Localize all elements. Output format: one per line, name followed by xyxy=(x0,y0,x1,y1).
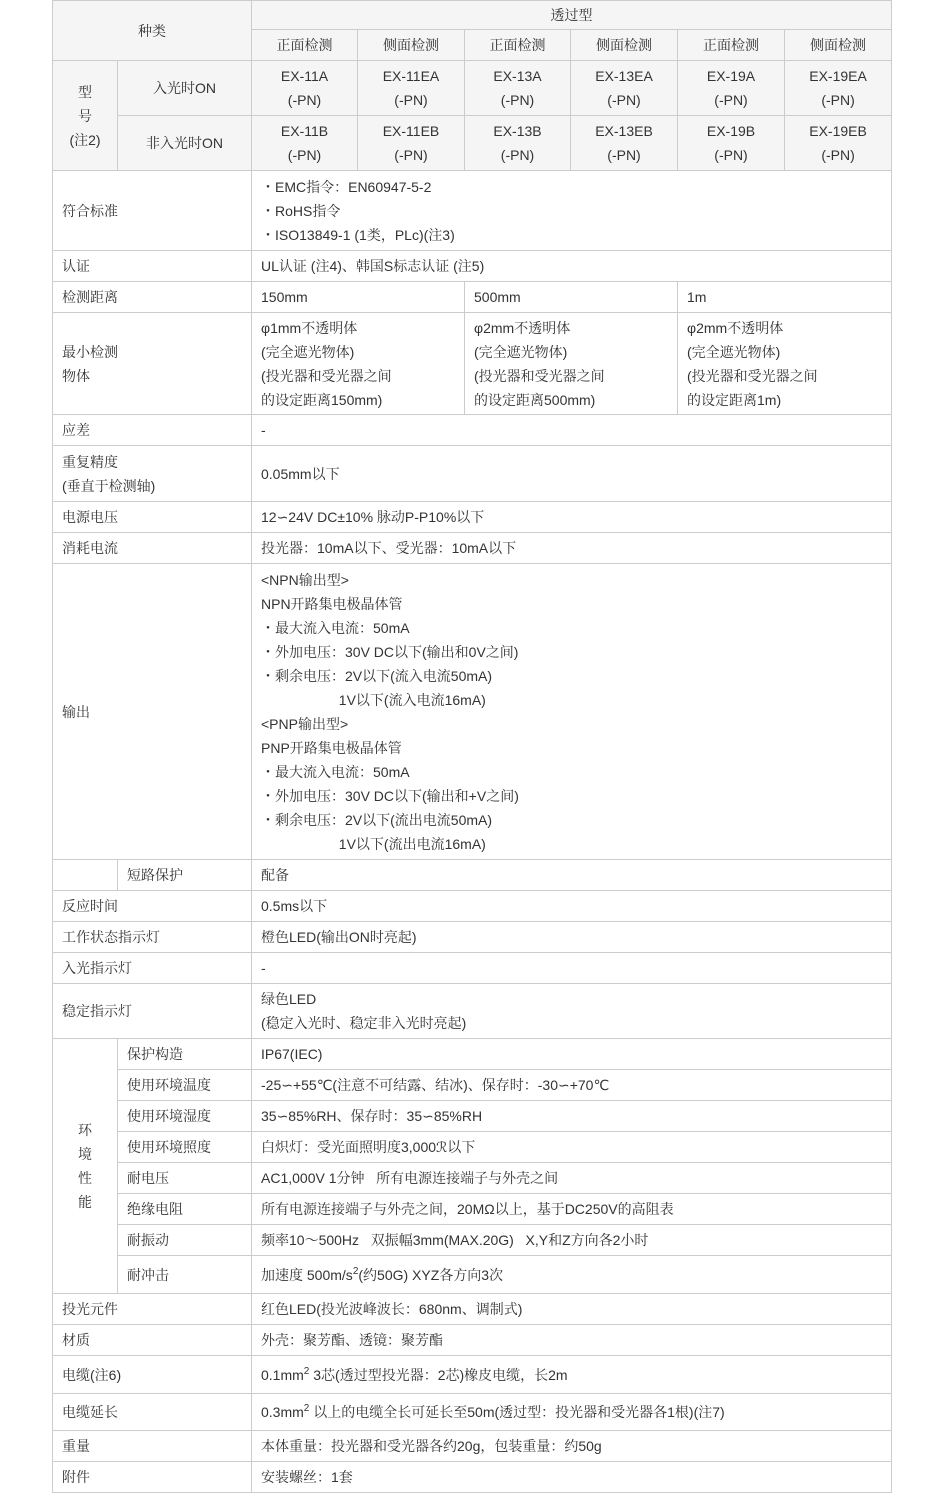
row-value: 0.05mm以下 xyxy=(252,446,892,502)
row-value: φ1mm不透明体 (完全遮光物体) (投光器和受光器之间 的设定距离150mm) xyxy=(252,313,465,415)
value-text: 3芯(透过型投光器：2芯)橡皮电缆，长2m xyxy=(309,1367,567,1383)
row-value: IP67(IEC) xyxy=(252,1039,892,1070)
row-value: 0.5ms以下 xyxy=(252,891,892,922)
detection-col: 侧面检测 xyxy=(358,30,465,61)
model-cell: EX-11B (-PN) xyxy=(252,116,358,171)
value-text: 以上的电缆全长可延长至50m(透过型：投光器和受光器各1根)(注7) xyxy=(309,1404,724,1420)
value-text: (约50G) XYZ各方向3次 xyxy=(358,1267,503,1283)
row-value: 橙色LED(输出ON时亮起) xyxy=(252,922,892,953)
row-label: 应差 xyxy=(53,415,252,446)
row-label: 认证 xyxy=(53,251,252,282)
detection-col: 正面检测 xyxy=(465,30,571,61)
row-value: 35∽85%RH、保存时：35∽85%RH xyxy=(252,1101,892,1132)
row-value: 白炽灯：受光面照明度3,000ℛ以下 xyxy=(252,1132,892,1163)
model-cell: EX-19EB (-PN) xyxy=(785,116,892,171)
row-value: ・EMC指令：EN60947-5-2 ・RoHS指令 ・ISO13849-1 (… xyxy=(252,171,892,251)
row-label: 保护构造 xyxy=(118,1039,252,1070)
row-label: 电源电压 xyxy=(53,502,252,533)
value-text: 加速度 500m/s xyxy=(261,1267,353,1283)
row-label: 短路保护 xyxy=(118,860,252,891)
row-value: φ2mm不透明体 (完全遮光物体) (投光器和受光器之间 的设定距离500mm) xyxy=(465,313,678,415)
blank-cell xyxy=(53,860,118,891)
row-label: 最小检测 物体 xyxy=(53,313,252,415)
model-cell: EX-11EA (-PN) xyxy=(358,61,465,116)
row-value: 所有电源连接端子与外壳之间，20MΩ以上，基于DC250V的高阻表 xyxy=(252,1194,892,1225)
row-label: 耐冲击 xyxy=(118,1256,252,1294)
model-label: 型 号 (注2) xyxy=(53,61,118,171)
group-header: 透过型 xyxy=(252,1,892,30)
row-value: 0.1mm2 3芯(透过型投光器：2芯)橡皮电缆，长2m xyxy=(252,1356,892,1394)
environment-label: 环 境 性 能 xyxy=(53,1039,118,1294)
row-label: 使用环境温度 xyxy=(118,1070,252,1101)
row-label: 反应时间 xyxy=(53,891,252,922)
row-value: 1m xyxy=(678,282,892,313)
row-value: 加速度 500m/s2(约50G) XYZ各方向3次 xyxy=(252,1256,892,1294)
row-value: 本体重量：投光器和受光器各约20g，包装重量：约50g xyxy=(252,1431,892,1462)
light-on-label: 入光时ON xyxy=(118,61,252,116)
type-header: 种类 xyxy=(53,1,252,61)
model-cell: EX-11EB (-PN) xyxy=(358,116,465,171)
row-value: 12∽24V DC±10% 脉动P-P10%以下 xyxy=(252,502,892,533)
row-value: 频率10～500Hz 双振幅3mm(MAX.20G) X,Y和Z方向各2小时 xyxy=(252,1225,892,1256)
row-value: 安装螺丝：1套 xyxy=(252,1462,892,1493)
row-label: 电缆延长 xyxy=(53,1394,252,1431)
row-value: 绿色LED (稳定入光时、稳定非入光时亮起) xyxy=(252,984,892,1039)
row-label: 材质 xyxy=(53,1325,252,1356)
value-text: 0.3mm xyxy=(261,1404,304,1420)
row-label: 使用环境湿度 xyxy=(118,1101,252,1132)
row-value: 配备 xyxy=(252,860,892,891)
row-label: 耐振动 xyxy=(118,1225,252,1256)
row-label: 输出 xyxy=(53,564,252,860)
row-label: 使用环境照度 xyxy=(118,1132,252,1163)
row-value: -25∽+55℃(注意不可结露、结冰)、保存时：-30∽+70℃ xyxy=(252,1070,892,1101)
row-value: 500mm xyxy=(465,282,678,313)
row-value: 外壳：聚芳酯、透镜：聚芳酯 xyxy=(252,1325,892,1356)
row-label: 重量 xyxy=(53,1431,252,1462)
row-value: 投光器：10mA以下、受光器：10mA以下 xyxy=(252,533,892,564)
spec-table: 种类 透过型 正面检测 侧面检测 正面检测 侧面检测 正面检测 侧面检测 型 号… xyxy=(52,0,892,1493)
row-value: <NPN输出型> NPN开路集电极晶体管 ・最大流入电流：50mA ・外加电压：… xyxy=(252,564,892,860)
row-label: 投光元件 xyxy=(53,1294,252,1325)
dark-on-label: 非入光时ON xyxy=(118,116,252,171)
row-value: 红色LED(投光波峰波长：680nm、调制式) xyxy=(252,1294,892,1325)
model-cell: EX-13B (-PN) xyxy=(465,116,571,171)
row-value: 0.3mm2 以上的电缆全长可延长至50m(透过型：投光器和受光器各1根)(注7… xyxy=(252,1394,892,1431)
row-value: - xyxy=(252,953,892,984)
row-value: UL认证 (注4)、韩国S标志认证 (注5) xyxy=(252,251,892,282)
row-value: AC1,000V 1分钟 所有电源连接端子与外壳之间 xyxy=(252,1163,892,1194)
row-label: 附件 xyxy=(53,1462,252,1493)
model-cell: EX-19B (-PN) xyxy=(678,116,785,171)
row-label: 耐电压 xyxy=(118,1163,252,1194)
detection-col: 正面检测 xyxy=(678,30,785,61)
detection-col: 侧面检测 xyxy=(785,30,892,61)
model-cell: EX-13EA (-PN) xyxy=(571,61,678,116)
model-cell: EX-11A (-PN) xyxy=(252,61,358,116)
row-label: 入光指示灯 xyxy=(53,953,252,984)
row-label: 重复精度 (垂直于检测轴) xyxy=(53,446,252,502)
row-label: 电缆(注6) xyxy=(53,1356,252,1394)
row-value: 150mm xyxy=(252,282,465,313)
row-label: 检测距离 xyxy=(53,282,252,313)
value-text: 0.1mm xyxy=(261,1367,304,1383)
row-value: φ2mm不透明体 (完全遮光物体) (投光器和受光器之间 的设定距离1m) xyxy=(678,313,892,415)
row-label: 工作状态指示灯 xyxy=(53,922,252,953)
row-label: 稳定指示灯 xyxy=(53,984,252,1039)
detection-col: 正面检测 xyxy=(252,30,358,61)
row-label: 消耗电流 xyxy=(53,533,252,564)
row-label: 符合标准 xyxy=(53,171,252,251)
model-cell: EX-13A (-PN) xyxy=(465,61,571,116)
detection-col: 侧面检测 xyxy=(571,30,678,61)
model-cell: EX-19A (-PN) xyxy=(678,61,785,116)
model-cell: EX-13EB (-PN) xyxy=(571,116,678,171)
row-label: 绝缘电阻 xyxy=(118,1194,252,1225)
model-cell: EX-19EA (-PN) xyxy=(785,61,892,116)
row-value: - xyxy=(252,415,892,446)
